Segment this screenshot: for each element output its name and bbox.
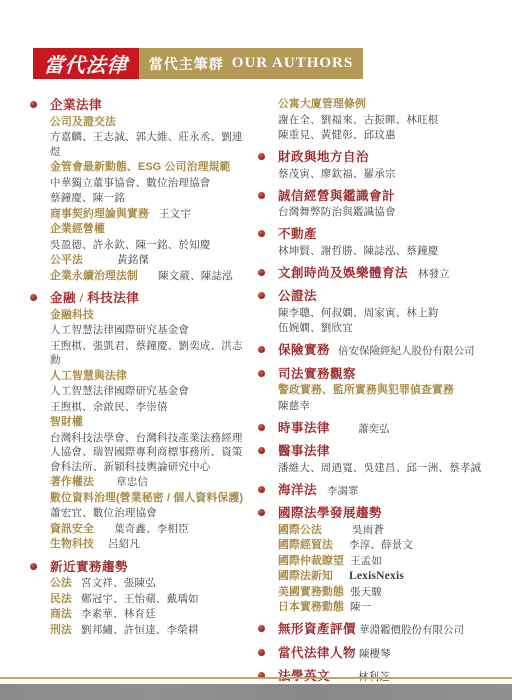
section-title-row: 金融 / 科技法律 <box>30 290 252 306</box>
section-title: 財政與地方自治 <box>278 149 369 165</box>
bullet-icon <box>258 292 265 299</box>
author-names: 劉邦繡、許恒達、李榮耕 <box>81 623 199 638</box>
brand-name: 當代法律 <box>43 49 129 78</box>
topic-author-pair: 美國實務動態張天駿 <box>258 585 492 600</box>
topic-author-pair: 民法鄭冠宇、王怡蘋、戴瑀如 <box>30 592 252 607</box>
author-names: 台灣科技法學會、台灣科技產業法務經理人協會、瑞智國際專利商標事務所、資策會科法所… <box>30 431 252 475</box>
section-title: 時事法律 <box>278 420 330 436</box>
topic-label: 國際公法 <box>278 523 322 538</box>
author-section: 國際法學發展趨勢國際公法吳雨蒼國際經貿法李淳、薛景文國際仲裁瞭望王孟如國際法新知… <box>258 505 492 615</box>
topic-label: 公司及證交法 <box>30 115 252 130</box>
section-title: 新近實務趨勢 <box>50 559 128 575</box>
author-names: 陳慈幸 <box>258 399 492 414</box>
author-names: 吳盈德、許永欽、陳一銘、於知慶 <box>30 238 252 253</box>
section-inline-authors: 華淵鑑價股份有限公司 <box>359 622 464 638</box>
section-title-bar: 當代主筆群 OUR AUTHORS <box>139 48 363 79</box>
author-names: 李素華、林育廷 <box>81 607 156 622</box>
author-section: 公證法陳李聰、何叔嫺、周家寅、林上鈞伍婉嫺、劉欣宜 <box>258 288 492 336</box>
section-title: 文創時尚及娛樂體育法 <box>278 265 408 281</box>
author-names: 李淳、薛景文 <box>349 538 413 553</box>
bullet-icon <box>30 101 37 108</box>
section-title-row: 司法實務觀察 <box>258 366 492 382</box>
section-title: 公證法 <box>278 288 317 304</box>
author-names: 謝在全、劉福來、古振暉、林旺根 <box>258 113 492 128</box>
topic-label: 金融科技 <box>30 308 252 323</box>
author-section: 誠信經營與鑑識會計台灣舞弊防治與鑑識協會 <box>258 188 492 220</box>
section-title-row: 國際法學發展趨勢 <box>258 505 492 521</box>
topic-author-pair: 著作權法章忠信 <box>30 475 252 490</box>
section-title-row: 保險實務倍安保險經紀人股份有限公司 <box>258 342 492 359</box>
section-title: 保險實務 <box>278 342 330 358</box>
topic-label: 企業永續治理法制 <box>50 269 138 284</box>
topic-label: 生物科技 <box>50 537 94 552</box>
author-names: 人工智慧法律國際研究基金會 <box>30 384 252 399</box>
section-title-row: 時事法律蕭奕弘 <box>258 420 492 437</box>
author-names: 章忠信 <box>116 475 148 490</box>
section-title-row: 不動產 <box>258 226 492 242</box>
topic-author-pair: 國際法新知LexisNexis <box>258 569 492 584</box>
author-section: 不動產林坤賢、謝哲勝、陳誌泓、蔡鐘慶 <box>258 226 492 258</box>
author-names: 王文宇 <box>159 207 191 222</box>
author-names: 王孟如 <box>350 554 382 569</box>
section-title-row: 公證法 <box>258 288 492 304</box>
topic-label: 智財權 <box>30 415 252 430</box>
page-title-en: OUR AUTHORS <box>232 55 353 72</box>
bullet-icon <box>258 447 265 454</box>
topic-label: 商法 <box>50 607 72 622</box>
author-names: 台灣舞弊防治與鑑識協會 <box>258 205 492 220</box>
topic-label: 美國實務動態 <box>278 585 344 600</box>
author-names: 宮文祥、張陳弘 <box>81 576 156 591</box>
brand-logo: 當代法律 <box>33 48 139 79</box>
author-names: 黃銘傑 <box>117 253 149 268</box>
section-title: 法學英文 <box>278 668 330 684</box>
author-section: 企業法律公司及證交法方嘉麟、王志誠、郭大維、莊永丞、劉連煜金管會最新動態、ESG… <box>30 97 252 283</box>
author-section: 保險實務倍安保險經紀人股份有限公司 <box>258 342 492 359</box>
author-names: 潘維大、周迺寬、吳建昌、邱一洲、蔡孝誠 <box>258 461 492 476</box>
author-names: 王煦棋、張凱君、蔡鐘慶、劉奕成、洪志勳 <box>30 339 252 368</box>
author-section: 海洋法李謁霏 <box>258 482 492 499</box>
topic-author-pair: 資訊安全葉奇鑫、李相臣 <box>30 522 252 537</box>
bullet-icon <box>258 230 265 237</box>
topic-label: 數位資料治理(營業秘密 / 個人資料保護) <box>30 491 252 506</box>
topic-label: 資訊安全 <box>50 522 94 537</box>
author-names: 吳雨蒼 <box>352 523 384 538</box>
author-names: 葉奇鑫、李相臣 <box>114 522 189 537</box>
bullet-icon <box>258 509 265 516</box>
section-title: 司法實務觀察 <box>278 366 356 382</box>
section-inline-authors: 倍安保險經紀人股份有限公司 <box>338 343 475 359</box>
topic-label: 著作權法 <box>50 475 94 490</box>
section-title: 國際法學發展趨勢 <box>278 505 382 521</box>
topic-label: 商事契約理論與實務 <box>50 207 149 222</box>
authors-column-right: 公寓大廈管理條例謝在全、劉福來、古振暉、林旺根陳重見、黃健彰、邱玟惠財政與地方自… <box>258 97 492 692</box>
section-title-row: 企業法律 <box>30 97 252 113</box>
section-title-row: 無形資產評價華淵鑑價股份有限公司 <box>258 621 492 638</box>
section-title: 海洋法 <box>278 482 317 498</box>
topic-label: 企業經營權 <box>30 222 252 237</box>
author-names: 方嘉麟、王志誠、郭大維、莊永丞、劉連煜 <box>30 130 252 159</box>
bullet-icon <box>258 269 265 276</box>
bullet-icon <box>258 625 265 632</box>
topic-label: 國際法新知 <box>278 569 333 584</box>
topic-label: 公平法 <box>50 253 83 268</box>
footer-bar <box>0 684 512 700</box>
section-title-row: 當代法律人物陳櫻琴 <box>258 645 492 662</box>
topic-label: 刑法 <box>50 623 72 638</box>
topic-label: 警政實務、監所實務與犯罪偵查實務 <box>258 383 492 398</box>
section-inline-authors: 李謁霏 <box>327 483 359 499</box>
section-title: 醫事法律 <box>278 443 330 459</box>
author-names: LexisNexis <box>349 569 404 584</box>
author-names: 人工智慧法律國際研究基金會 <box>30 323 252 338</box>
bullet-icon <box>258 192 265 199</box>
author-section: 司法實務觀察警政實務、監所實務與犯罪偵查實務陳慈幸 <box>258 366 492 414</box>
author-section: 公寓大廈管理條例謝在全、劉福來、古振暉、林旺根陳重見、黃健彰、邱玟惠 <box>258 97 492 143</box>
bullet-icon <box>258 153 265 160</box>
author-names: 陳重見、黃健彰、邱玟惠 <box>258 128 492 143</box>
author-names: 中華獨立董事協會、數位治理協會 <box>30 176 252 191</box>
section-title-row: 醫事法律 <box>258 443 492 459</box>
section-title-row: 海洋法李謁霏 <box>258 482 492 499</box>
topic-author-pair: 日本實務動態陳一 <box>258 600 492 615</box>
author-names: 王煦棋、余啟民、李崇僖 <box>30 400 252 415</box>
bullet-icon <box>258 486 265 493</box>
author-names: 鄭冠宇、王怡蘋、戴瑀如 <box>81 592 199 607</box>
section-title: 企業法律 <box>50 97 102 113</box>
section-title: 當代法律人物 <box>278 645 356 661</box>
bullet-icon <box>30 294 37 301</box>
magazine-page: 當代法律 當代主筆群 OUR AUTHORS 企業法律公司及證交法方嘉麟、王志誠… <box>0 0 512 700</box>
section-title: 無形資產評價 <box>278 621 356 637</box>
page-title-zh: 當代主筆群 <box>149 54 224 74</box>
topic-author-pair: 生物科技呂紹凡 <box>30 537 252 552</box>
section-inline-authors: 陳櫻琴 <box>359 646 391 662</box>
author-names: 伍婉嫺、劉欣宜 <box>258 321 492 336</box>
author-section: 當代法律人物陳櫻琴 <box>258 645 492 662</box>
section-title-row: 新近實務趨勢 <box>30 559 252 575</box>
section-title: 不動產 <box>278 226 317 242</box>
topic-author-pair: 國際仲裁瞭望王孟如 <box>258 554 492 569</box>
author-names: 陳一 <box>350 600 371 615</box>
section-inline-authors: 林發立 <box>418 266 450 282</box>
topic-label: 公法 <box>50 576 72 591</box>
author-section: 時事法律蕭奕弘 <box>258 420 492 437</box>
author-section: 文創時尚及娛樂體育法林發立 <box>258 265 492 282</box>
topic-label: 日本實務動態 <box>278 600 344 615</box>
bullet-icon <box>258 649 265 656</box>
topic-author-pair: 公法宮文祥、張陳弘 <box>30 576 252 591</box>
authors-column-left: 企業法律公司及證交法方嘉麟、王志誠、郭大維、莊永丞、劉連煜金管會最新動態、ESG… <box>30 97 252 644</box>
topic-author-pair: 商法李素華、林育廷 <box>30 607 252 622</box>
topic-author-pair: 公平法黃銘傑 <box>30 253 252 268</box>
author-section: 無形資產評價華淵鑑價股份有限公司 <box>258 621 492 638</box>
author-section: 新近實務趨勢公法宮文祥、張陳弘民法鄭冠宇、王怡蘋、戴瑀如商法李素華、林育廷刑法劉… <box>30 559 252 638</box>
author-section: 金融 / 科技法律金融科技人工智慧法律國際研究基金會王煦棋、張凱君、蔡鐘慶、劉奕… <box>30 290 252 552</box>
author-section: 醫事法律潘維大、周迺寬、吳建昌、邱一洲、蔡孝誠 <box>258 443 492 475</box>
bullet-icon <box>258 424 265 431</box>
author-names: 陳李聰、何叔嫺、周家寅、林上鈞 <box>258 306 492 321</box>
section-inline-authors: 蕭奕弘 <box>358 421 390 437</box>
section-title-row: 誠信經營與鑑識會計 <box>258 188 492 204</box>
author-names: 陳文葳、陳誌泓 <box>158 269 233 284</box>
bullet-icon <box>258 370 265 377</box>
footer-gold-rule <box>0 677 512 679</box>
section-title-row: 財政與地方自治 <box>258 149 492 165</box>
topic-label: 國際仲裁瞭望 <box>278 554 344 569</box>
author-names: 呂紹凡 <box>108 537 140 552</box>
author-names: 林坤賢、謝哲勝、陳誌泓、蔡鐘慶 <box>258 244 492 259</box>
page-header: 當代法律 當代主筆群 OUR AUTHORS <box>33 48 363 79</box>
topic-label: 人工智慧與法律 <box>30 369 252 384</box>
author-names: 蔡茂寅、廖欽福、羅承宗 <box>258 167 492 182</box>
topic-label: 金管會最新動態、ESG 公司治理規範 <box>30 160 252 175</box>
topic-author-pair: 國際公法吳雨蒼 <box>258 523 492 538</box>
topic-author-pair: 刑法劉邦繡、許恒達、李榮耕 <box>30 623 252 638</box>
topic-label: 國際經貿法 <box>278 538 333 553</box>
topic-author-pair: 企業永續治理法制陳文葳、陳誌泓 <box>30 269 252 284</box>
author-names: 張天駿 <box>350 585 382 600</box>
bullet-icon <box>30 563 37 570</box>
bullet-icon <box>258 346 265 353</box>
section-title: 金融 / 科技法律 <box>50 290 139 306</box>
author-names: 蕭宏宜、數位治理協會 <box>30 506 252 521</box>
topic-author-pair: 國際經貿法李淳、薛景文 <box>258 538 492 553</box>
author-section: 財政與地方自治蔡茂寅、廖欽福、羅承宗 <box>258 149 492 181</box>
topic-author-pair: 商事契約理論與實務王文宇 <box>30 207 252 222</box>
section-title: 誠信經營與鑑識會計 <box>278 188 395 204</box>
section-title-row: 文創時尚及娛樂體育法林發立 <box>258 265 492 282</box>
author-names: 蔡鐘慶、陳一銘 <box>30 191 252 206</box>
topic-label: 公寓大廈管理條例 <box>258 97 492 112</box>
topic-label: 民法 <box>50 592 72 607</box>
